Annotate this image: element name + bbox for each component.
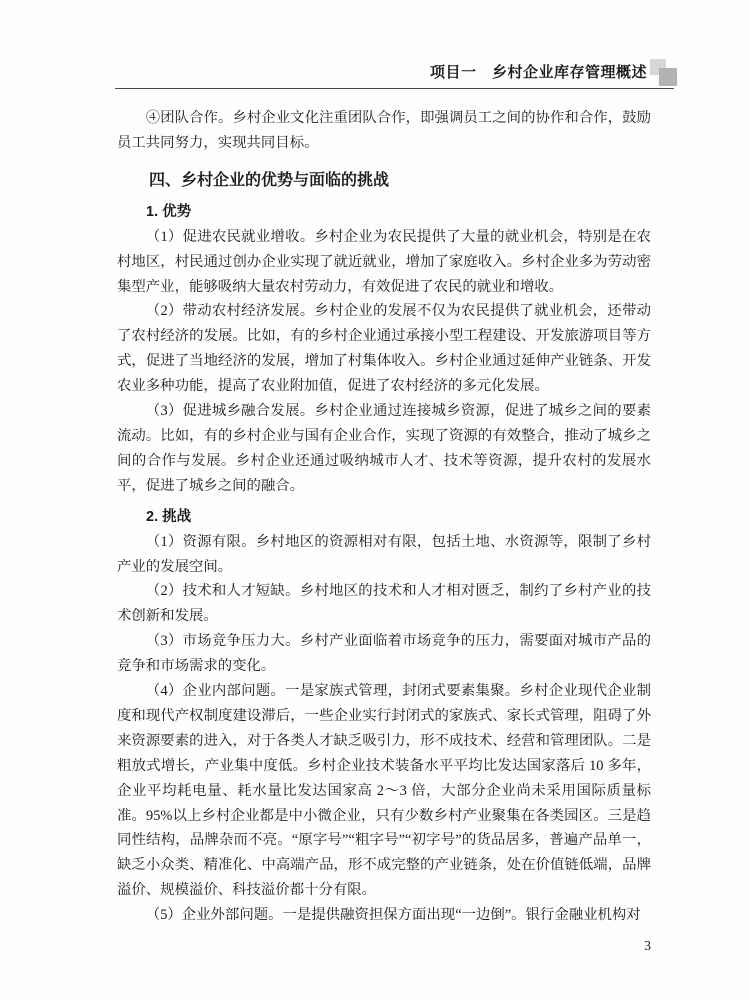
challenges-subheading: 2. 挑战 [117,505,651,530]
page-header: 项目一 乡村企业库存管理概述 [115,58,677,88]
running-head-title: 项目一 乡村企业库存管理概述 [430,61,647,82]
advantage-item-2: （2）带动农村经济发展。乡村企业的发展不仅为农民提供了就业机会，还带动了农村经济… [117,299,651,399]
challenge-item-4: （4）企业内部问题。一是家族式管理，封闭式要素集聚。乡村企业现代企业制度和现代产… [117,679,651,903]
challenge-item-1: （1）资源有限。乡村地区的资源相对有限，包括土地、水资源等，限制了乡村产业的发展… [117,530,651,580]
section-heading: 四、乡村企业的优势与面临的挑战 [117,168,651,194]
header-decoration-square-dark-icon [659,68,677,86]
challenge-item-2: （2）技术和人才短缺。乡村地区的技术和人才相对匮乏，制约了乡村产业的技术创新和发… [117,579,651,629]
advantages-subheading: 1. 优势 [117,200,651,225]
document-page: 项目一 乡村企业库存管理概述 ④团队合作。乡村企业文化注重团队合作，即强调员工之… [0,0,750,1000]
advantage-item-1: （1）促进农民就业增收。乡村企业为农民提供了大量的就业机会，特别是在农村地区，村… [117,225,651,300]
page-content: ④团队合作。乡村企业文化注重团队合作，即强调员工之间的协作和合作，鼓励员工共同努… [117,106,651,928]
header-rule [115,88,674,89]
page-number: 3 [644,938,651,953]
advantage-item-3: （3）促进城乡融合发展。乡村企业通过连接城乡资源，促进了城乡之间的要素流动。比如… [117,399,651,499]
challenge-item-3: （3）市场竞争压力大。乡村产业面临着市场竞争的压力，需要面对城市产品的竞争和市场… [117,629,651,679]
challenge-item-5: （5）企业外部问题。一是提供融资担保方面出现“一边倒”。银行金融业机构对 [117,903,651,928]
intro-paragraph: ④团队合作。乡村企业文化注重团队合作，即强调员工之间的协作和合作，鼓励员工共同努… [117,106,651,156]
page-footer: 3 [117,938,651,954]
